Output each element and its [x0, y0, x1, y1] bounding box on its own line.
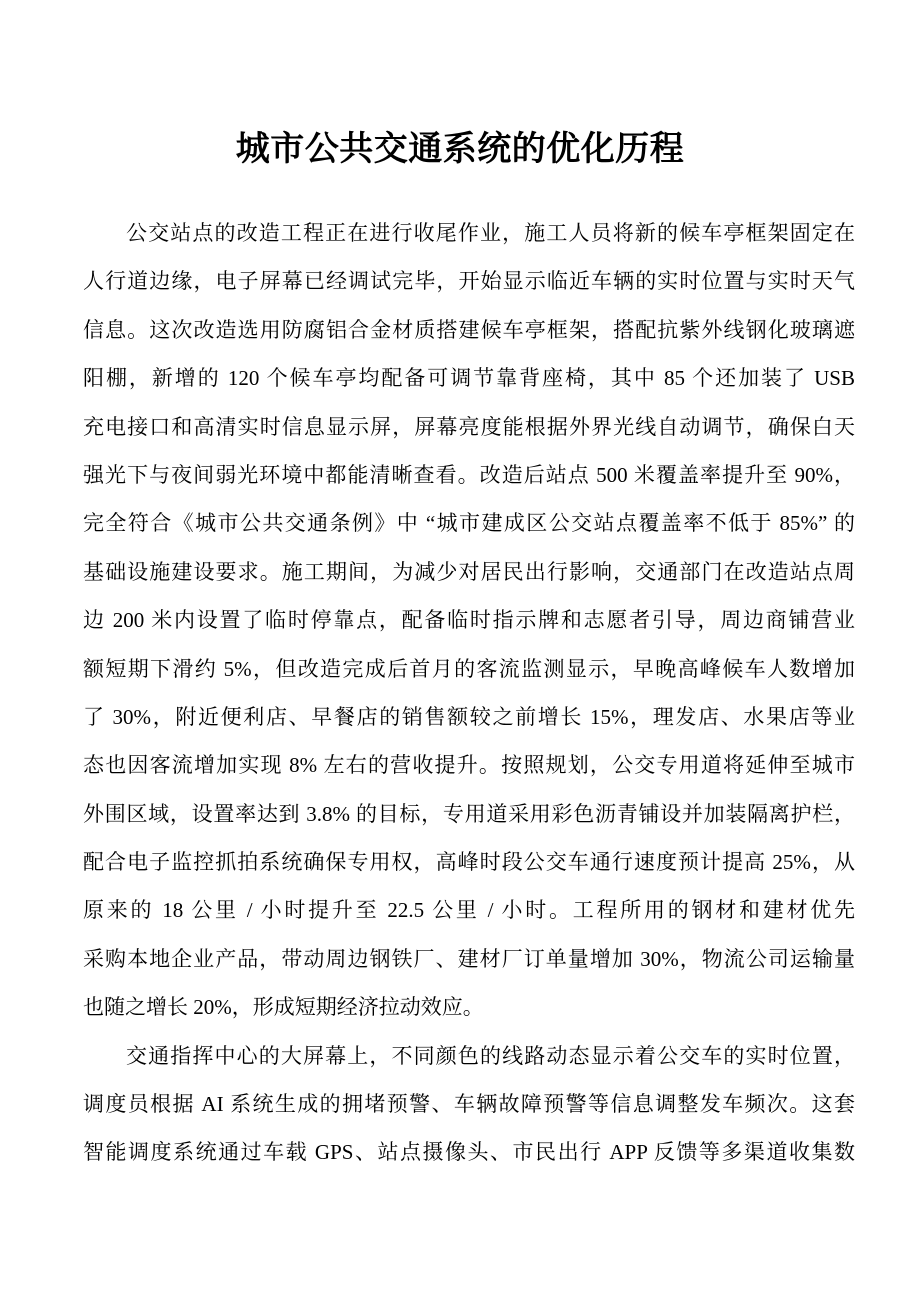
text-line: 强光下与夜间弱光环境中都能清晰查看。改造后站点 500 米覆盖率提升至 90%，	[83, 451, 855, 499]
text-line: 交通指挥中心的大屏幕上，不同颜色的线路动态显示着公交车的实时位置，	[83, 1032, 855, 1080]
document-page: 城市公共交通系统的优化历程 公交站点的改造工程正在进行收尾作业，施工人员将新的候…	[0, 0, 920, 1302]
text-line: 公交站点的改造工程正在进行收尾作业，施工人员将新的候车亭框架固定在	[83, 209, 855, 257]
text-line: 阳棚，新增的 120 个候车亭均配备可调节靠背座椅，其中 85 个还加装了 US…	[83, 354, 855, 402]
text-line: 人行道边缘，电子屏幕已经调试完毕，开始显示临近车辆的实时位置与实时天气	[83, 257, 855, 305]
text-line: 充电接口和高清实时信息显示屏，屏幕亮度能根据外界光线自动调节，确保白天	[83, 403, 855, 451]
text-line: 智能调度系统通过车载 GPS、站点摄像头、市民出行 APP 反馈等多渠道收集数	[83, 1128, 855, 1176]
text-line: 完全符合《城市公共交通条例》中 “城市建成区公交站点覆盖率不低于 85%” 的	[83, 499, 855, 547]
text-line: 外围区域，设置率达到 3.8% 的目标，专用道采用彩色沥青铺设并加装隔离护栏，	[83, 790, 855, 838]
document-body: 公交站点的改造工程正在进行收尾作业，施工人员将新的候车亭框架固定在人行道边缘，电…	[83, 209, 855, 1177]
text-line: 也随之增长 20%，形成短期经济拉动效应。	[83, 983, 855, 1031]
text-line: 基础设施建设要求。施工期间，为减少对居民出行影响，交通部门在改造站点周	[83, 548, 855, 596]
text-line: 边 200 米内设置了临时停靠点，配备临时指示牌和志愿者引导，周边商铺营业	[83, 596, 855, 644]
document-title: 城市公共交通系统的优化历程	[0, 124, 920, 174]
text-line: 额短期下滑约 5%，但改造完成后首月的客流监测显示，早晚高峰候车人数增加	[83, 645, 855, 693]
text-line: 信息。这次改造选用防腐铝合金材质搭建候车亭框架，搭配抗紫外线钢化玻璃遮	[83, 306, 855, 354]
text-line: 态也因客流增加实现 8% 左右的营收提升。按照规划，公交专用道将延伸至城市	[83, 741, 855, 789]
text-line: 了 30%，附近便利店、早餐店的销售额较之前增长 15%，理发店、水果店等业	[83, 693, 855, 741]
text-line: 配合电子监控抓拍系统确保专用权，高峰时段公交车通行速度预计提高 25%，从	[83, 838, 855, 886]
text-line: 调度员根据 AI 系统生成的拥堵预警、车辆故障预警等信息调整发车频次。这套	[83, 1080, 855, 1128]
text-line: 采购本地企业产品，带动周边钢铁厂、建材厂订单量增加 30%，物流公司运输量	[83, 935, 855, 983]
text-line: 原来的 18 公里 / 小时提升至 22.5 公里 / 小时。工程所用的钢材和建…	[83, 886, 855, 934]
